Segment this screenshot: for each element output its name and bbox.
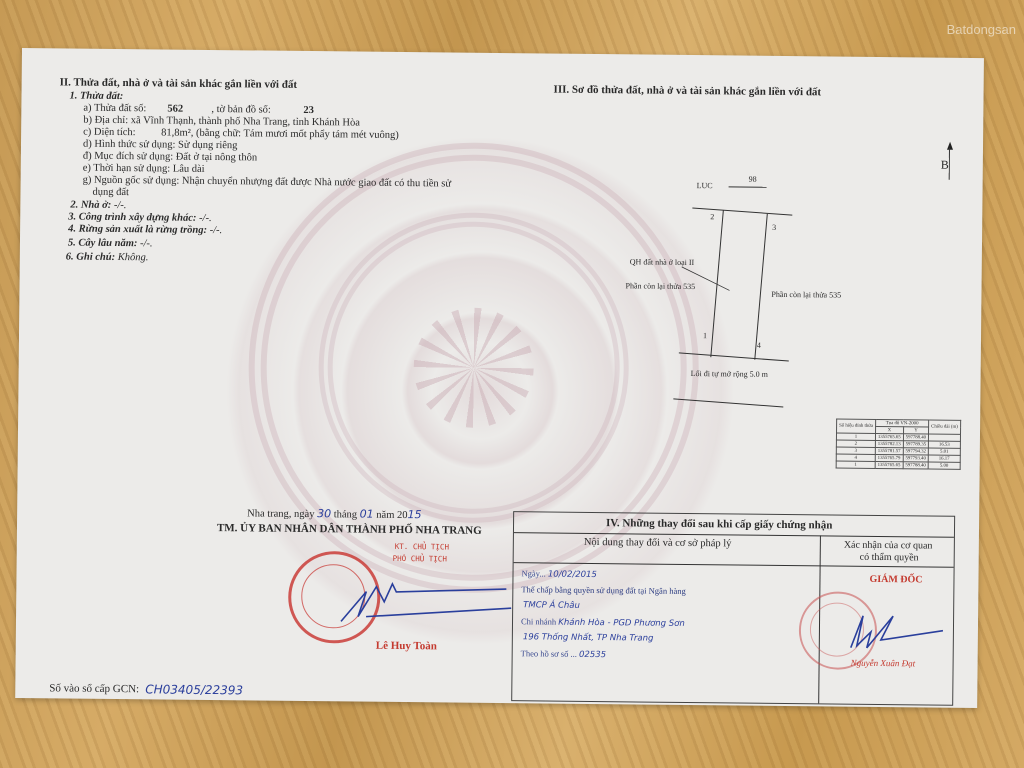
right-remaining-label: Phần còn lại thửa 535 bbox=[771, 290, 841, 300]
bank-name: TMCP Á Châu bbox=[523, 600, 580, 611]
changes-table: IV. Những thay đổi sau khi cấp giấy chứn… bbox=[511, 511, 955, 706]
map-number: 23 bbox=[303, 105, 314, 116]
change-date: Ngày... 10/02/2015 bbox=[521, 568, 596, 580]
usage-purpose: đ) Mục đích sử dụng: Đất ở tại nông thôn bbox=[83, 151, 257, 164]
signature-director bbox=[833, 596, 954, 657]
director-name: Nguyễn Xuân Đạt bbox=[851, 658, 916, 669]
planning-label: QH đất nhà ở loại II bbox=[630, 257, 695, 267]
luc-label: LUC bbox=[697, 181, 713, 190]
col-confirm-header-1: Xác nhận của cơ quan bbox=[844, 540, 933, 552]
corner-4: 4 bbox=[757, 341, 761, 350]
issue-month: 01 bbox=[360, 508, 374, 521]
branch: Chi nhánh Khánh Hòa - PGD Phương Sơn bbox=[521, 616, 685, 629]
land-certificate-page: II. Thửa đất, nhà ở và tài sản khác gắn … bbox=[15, 48, 984, 708]
corner-2: 2 bbox=[710, 212, 714, 221]
perennial-label: 5. Cây lâu năm: -/-. bbox=[68, 237, 153, 249]
signer-role-1: KT. CHỦ TỊCH bbox=[395, 542, 449, 552]
col-confirm-header-2: có thẩm quyền bbox=[860, 552, 919, 564]
forest-label: 4. Rừng sản xuất là rừng trồng: -/-. bbox=[68, 223, 222, 236]
parcel-number: 562 bbox=[167, 104, 183, 115]
issue-day: 30 bbox=[317, 507, 331, 520]
coordinate-table: Số hiệu đỉnh thửa Tọa độ VN-2000 Chiều d… bbox=[836, 419, 961, 470]
coord-header-vertex: Số hiệu đỉnh thửa bbox=[837, 419, 876, 433]
register-number-value: CH03405/22393 bbox=[145, 682, 243, 697]
file-number: Theo hồ sơ số ... 02535 bbox=[521, 648, 606, 660]
branch-address: 196 Thống Nhất, TP Nha Trang bbox=[523, 632, 654, 643]
corner-3: 3 bbox=[772, 223, 776, 232]
register-number-label: Số vào sổ cấp GCN: bbox=[49, 682, 139, 695]
corner-1: 1 bbox=[703, 331, 707, 340]
map-label: , tờ bản đồ số: bbox=[211, 104, 271, 116]
issue-date: Nha trang, ngày 30 tháng 01 năm 2015 bbox=[247, 506, 422, 521]
other-construction-label: 3. Công trình xây dựng khác: -/-. bbox=[68, 211, 212, 224]
land-heading: 1. Thửa đất: bbox=[69, 91, 123, 103]
issuing-authority: TM. ỦY BAN NHÂN DÂN THÀNH PHỐ NHA TRANG bbox=[217, 522, 482, 537]
issue-year: 15 bbox=[407, 508, 421, 521]
usage-term: e) Thời hạn sử dụng: Lâu dài bbox=[83, 163, 205, 175]
col-content-header: Nội dung thay đổi và cơ sở pháp lý bbox=[584, 537, 732, 550]
coord-header-length: Chiều dài (m) bbox=[929, 420, 961, 434]
left-remaining-label: Phần còn lại thửa 535 bbox=[625, 281, 695, 291]
area-label: c) Diện tích: bbox=[83, 127, 136, 139]
signature-chairman bbox=[336, 561, 517, 633]
parcel-label: a) Thửa đất số: bbox=[83, 103, 146, 115]
luc-divider bbox=[729, 186, 767, 187]
parcel-diagram bbox=[618, 194, 820, 416]
drum-star-emblem bbox=[413, 307, 534, 428]
table-row: 11355765.65597788.405.00 bbox=[836, 461, 960, 469]
north-label: B bbox=[941, 158, 949, 173]
watermark-logo: Batdongsan bbox=[947, 22, 1016, 37]
usage-origin-cont: dụng đất bbox=[92, 187, 129, 198]
section-iii-title: III. Sơ đồ thửa đất, nhà ở và tài sản kh… bbox=[554, 84, 822, 99]
house-label: 2. Nhà ở: -/-. bbox=[70, 200, 126, 212]
row-divider bbox=[514, 532, 954, 538]
road-label: Lối đi tự mở rộng 5.0 m bbox=[691, 369, 768, 379]
section-iv-title: IV. Những thay đổi sau khi cấp giấy chứn… bbox=[606, 517, 832, 531]
mortgage-text: Thế chấp bằng quyền sử dụng đất tại Ngân… bbox=[521, 584, 686, 596]
note-label: 6. Ghi chú: Không. bbox=[66, 251, 149, 263]
section-ii-title: II. Thửa đất, nhà ở và tài sản khác gắn … bbox=[60, 76, 298, 90]
luc-number: 98 bbox=[749, 175, 757, 184]
director-title: GIÁM ĐỐC bbox=[869, 574, 922, 586]
usage-form: d) Hình thức sử dụng: Sử dụng riêng bbox=[83, 139, 238, 152]
signer-name: Lê Huy Toàn bbox=[376, 640, 437, 653]
